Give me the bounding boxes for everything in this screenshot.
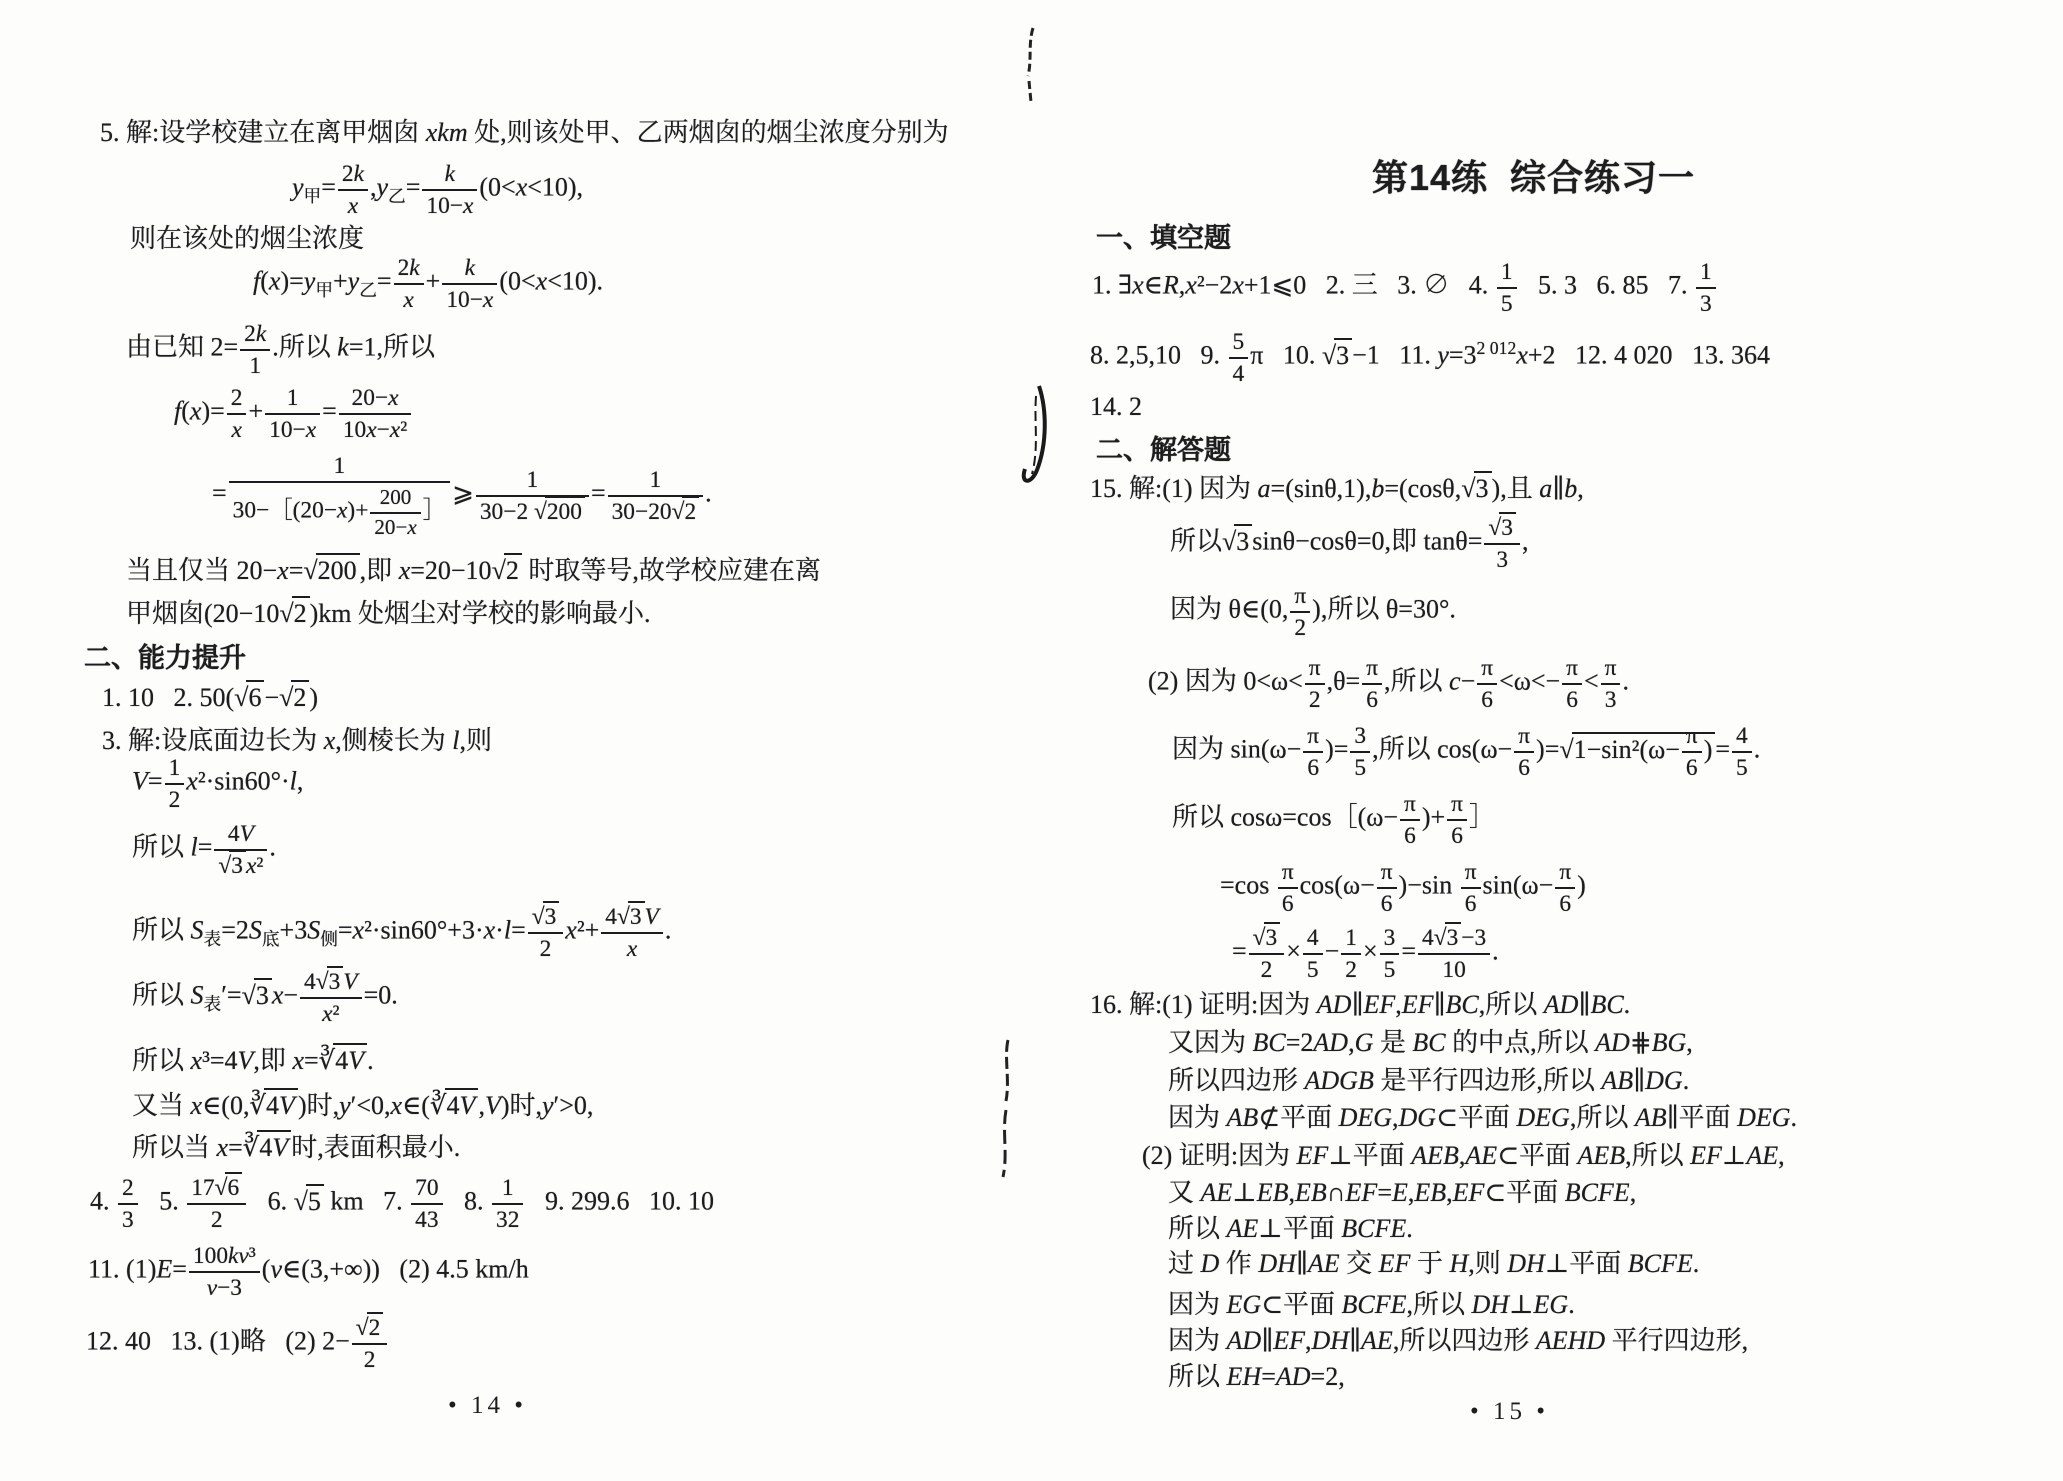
- solution-line: 又 AE⊥EB,EB∩EF=E,EB,EF⊂平面 BCFE,: [1168, 1176, 1636, 1210]
- section-heading-ability: 二、能力提升: [84, 636, 246, 675]
- answer-line: 12. 40 13. (1)略 (2) 2−√22: [86, 1314, 389, 1373]
- solution-line: 16. 解:(1) 证明:因为 AD∥EF,EF∥BC,所以 AD∥BC.: [1090, 988, 1630, 1022]
- formula-line: f(x)=2x+110−x=20−x10x−x²: [174, 384, 413, 443]
- answer-line: 所以当 x=∛4V时,表面积最小.: [132, 1131, 460, 1165]
- answer-line: 所以 x³=4V,即 x=∛4V.: [132, 1044, 374, 1078]
- solution-line: (2) 证明:因为 EF⊥平面 AEB,AE⊂平面 AEB,所以 EF⊥AE,: [1142, 1139, 1785, 1173]
- formula-line: 因为 θ∈(0,π2),所以 θ=30°.: [1170, 582, 1456, 641]
- answer-line: 甲烟囱(20−10√2)km 处烟尘对学校的影响最小.: [126, 597, 651, 631]
- solution-line: 所以 EH=AD=2,: [1168, 1360, 1345, 1394]
- answer-line: 4. 23 5. 17√62 6. √5 km 7. 7043 8. 132 9…: [90, 1174, 714, 1233]
- solution-line: 所以四边形 ADGB 是平行四边形,所以 AB∥DG.: [1168, 1064, 1689, 1098]
- section-heading-solutions: 二、解答题: [1096, 428, 1231, 467]
- formula-line: =√32×45−12×35=4√3−310.: [1232, 924, 1499, 983]
- solution-line: 又因为 BC=2AD,G 是 BC 的中点,所以 AD⋕BG,: [1168, 1026, 1693, 1060]
- ink-smudge: [997, 1108, 1013, 1180]
- formula-line: V=12x²·sin60°·l,: [132, 754, 303, 813]
- solution-line: 过 D 作 DH∥AE 交 EF 于 H,则 DH⊥平面 BCFE.: [1168, 1247, 1699, 1281]
- solution-line: 因为 AD∥EF,DH∥AE,所以四边形 AEHD 平行四边形,: [1168, 1324, 1748, 1358]
- answer-line: 3. 解:设底面边长为 x,侧棱长为 l,则: [102, 724, 492, 758]
- formula-line: 所以 S表=2S底+3S侧=x²·sin60°+3·x·l=√32x²+4√3V…: [132, 903, 671, 962]
- book-scan-spread: 5. 解:设学校建立在离甲烟囱 xkm 处,则该处甲、乙两烟囱的烟尘浓度分别为 …: [0, 0, 2063, 1481]
- page-number-14: • 14 •: [448, 1392, 527, 1420]
- exercise-title: 第14练 综合练习一: [1372, 150, 1695, 201]
- solution-line: 因为 EG⊂平面 BCFE,所以 DH⊥EG.: [1168, 1288, 1575, 1322]
- answer-line: 1. 10 2. 50(√6−√2): [102, 681, 318, 715]
- page-number-15: • 15 •: [1470, 1398, 1549, 1426]
- formula-line: =130−［(20−x)+20020−x］⩾130−2 √200=130−20√…: [212, 452, 712, 539]
- formula-line: 所以 S表′=√3x−4√3Vx²=0.: [132, 968, 398, 1027]
- ink-smudge: [1000, 1038, 1016, 1104]
- formula-line: 所以 cosω=cos［(ω−π6)+π6］: [1172, 790, 1495, 849]
- formula-line: 因为 sin(ω−π6)=35,所以 cos(ω−π6)=√1−sin²(ω−π…: [1172, 722, 1760, 781]
- solution-line: 所以 AE⊥平面 BCFE.: [1168, 1212, 1413, 1246]
- formula-line: 所以 l=4V√3x².: [132, 820, 276, 879]
- formula-line: y甲=2kx,y乙=k10−x(0<x<10),: [292, 160, 583, 219]
- answer-line: 当且仅当 20−x=√200,即 x=20−10√2 时取等号,故学校应建在离: [126, 554, 821, 588]
- formula-line: 所以√3sinθ−cosθ=0,即 tanθ=√33,: [1170, 514, 1528, 573]
- formula-line: (2) 因为 0<ω<π2,θ=π6,所以 c−π6<ω<−π6<π3.: [1148, 654, 1629, 713]
- answer-line: 1. ∃x∈R,x²−2x+1⩽0 2. 三 3. ∅ 4. 15 5. 3 6…: [1092, 258, 1718, 317]
- formula-line: =cos π6cos(ω−π6)−sin π6sin(ω−π6): [1220, 858, 1586, 917]
- answer-line: 5. 解:设学校建立在离甲烟囱 xkm 处,则该处甲、乙两烟囱的烟尘浓度分别为: [100, 116, 949, 150]
- solution-line: 15. 解:(1) 因为 a=(sinθ,1),b=(cosθ,√3),且 a∥…: [1090, 472, 1584, 506]
- formula-line: f(x)=y甲+y乙=2kx+k10−x(0<x<10).: [253, 254, 603, 313]
- solution-line: 因为 AB⊄平面 DEG,DG⊂平面 DEG,所以 AB∥平面 DEG.: [1168, 1101, 1797, 1135]
- section-heading-fill-blanks: 一、填空题: [1096, 216, 1231, 255]
- answer-line: 由已知 2=2k1.所以 k=1,所以: [126, 320, 435, 379]
- answer-line: 8. 2,5,10 9. 54π 10. √3−1 11. y=32 012x+…: [1090, 328, 1770, 387]
- answer-line: 11. (1)E=100kv³v−3(v∈(3,+∞)) (2) 4.5 km/…: [88, 1242, 529, 1301]
- answer-line: 则在该处的烟尘浓度: [130, 222, 364, 256]
- ink-smudge: [1018, 26, 1042, 106]
- ink-smudge: [1016, 382, 1052, 496]
- answer-line: 14. 2: [1090, 390, 1142, 424]
- answer-line: 又当 x∈(0,∛4V)时,y′<0,x∈(∛4V,V)时,y′>0,: [132, 1089, 593, 1123]
